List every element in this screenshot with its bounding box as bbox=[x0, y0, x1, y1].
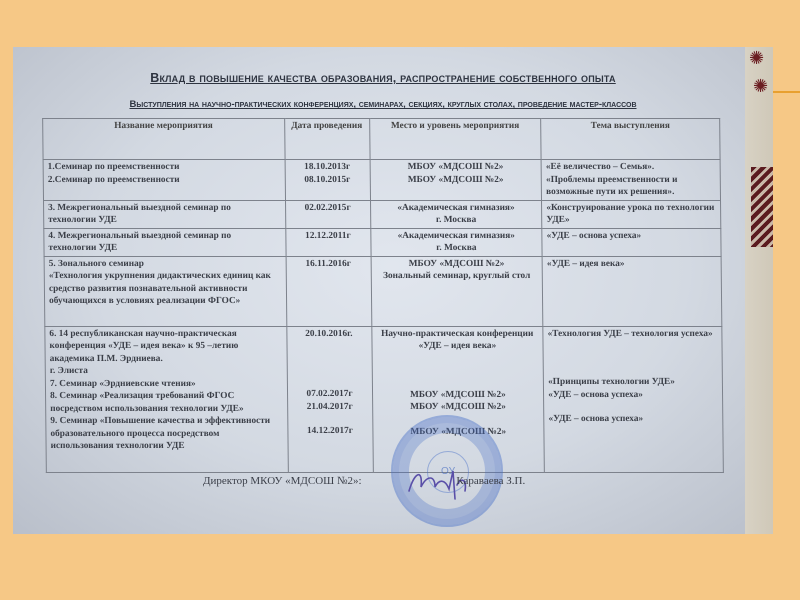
topic-cell: «УДЕ – идея века» bbox=[542, 256, 721, 326]
place-cell: «Академическая гимназия» г. Москва bbox=[370, 200, 542, 228]
cloth-stripe bbox=[751, 167, 773, 247]
header-date: Дата проведения bbox=[284, 119, 369, 160]
topic-cell: «Технология УДЕ – технология успеха» «Пр… bbox=[543, 326, 723, 472]
header-event-name: Название мероприятия bbox=[43, 119, 285, 160]
topic-cell: «Конструирование урока по технологии УДЕ… bbox=[542, 200, 721, 228]
topic-cell: «УДЕ – основа успеха» bbox=[542, 228, 721, 256]
header-topic: Тема выступления bbox=[541, 119, 720, 160]
event-name-cell: 3. Межрегиональный выездной семинар по т… bbox=[44, 200, 286, 228]
place-cell: МБОУ «МДСОШ №2» Зональный семинар, кругл… bbox=[371, 256, 543, 326]
event-name-cell: 4. Межрегиональный выездной семинар по т… bbox=[44, 228, 286, 256]
document-title: Вклад в повышение качества образования, … bbox=[13, 71, 753, 85]
table-row: 1.Семинар по преемственности 2.Семинар п… bbox=[43, 160, 720, 201]
header-place: Место и уровень мероприятия bbox=[369, 119, 541, 160]
topic-cell: «Её величество – Семья». «Проблемы преем… bbox=[541, 160, 720, 201]
date-cell: 02.02.2015г bbox=[285, 200, 370, 228]
document-photo: ✺ ✺ Вклад в повышение качества образован… bbox=[13, 47, 773, 534]
event-name-cell: 5. Зонального семинар «Технология укрупн… bbox=[44, 256, 286, 326]
table-row: 4. Межрегиональный выездной семинар по т… bbox=[44, 228, 721, 256]
director-label: Директор МКОУ «МДСОШ №2»: bbox=[203, 475, 362, 487]
date-cell: 18.10.2013г 08.10.2015г bbox=[285, 160, 370, 201]
table-row: 3. Межрегиональный выездной семинар по т… bbox=[44, 200, 721, 228]
place-cell: МБОУ «МДСОШ №2» МБОУ «МДСОШ №2» bbox=[370, 160, 542, 201]
table-row: 6. 14 республиканская научно-практическа… bbox=[45, 326, 724, 472]
event-name-cell: 1.Семинар по преемственности 2.Семинар п… bbox=[43, 160, 285, 201]
date-cell: 12.12.2011г bbox=[285, 228, 370, 256]
event-name-cell: 6. 14 республиканская научно-практическа… bbox=[45, 326, 288, 472]
place-cell: «Академическая гимназия» г. Москва bbox=[370, 228, 542, 256]
table-row: 5. Зонального семинар «Технология укрупн… bbox=[44, 256, 722, 326]
signature-row: Директор МКОУ «МДСОШ №2»: Караваева З.П. bbox=[203, 475, 525, 487]
accent-line bbox=[773, 91, 800, 93]
director-name: Караваева З.П. bbox=[456, 475, 525, 487]
paper-sheet: Вклад в повышение качества образования, … bbox=[13, 47, 753, 534]
date-cell: 16.11.2016г bbox=[286, 256, 372, 326]
document-subtitle: Выступления на научно-практических конфе… bbox=[13, 99, 753, 110]
date-cell: 20.10.2016г. 07.02.2017г 21.04.2017г 14.… bbox=[286, 326, 372, 472]
table-header-row: Название мероприятия Дата проведения Мес… bbox=[43, 119, 720, 160]
events-table: Название мероприятия Дата проведения Мес… bbox=[42, 118, 724, 473]
flower-pattern-icon: ✺ bbox=[753, 77, 768, 95]
